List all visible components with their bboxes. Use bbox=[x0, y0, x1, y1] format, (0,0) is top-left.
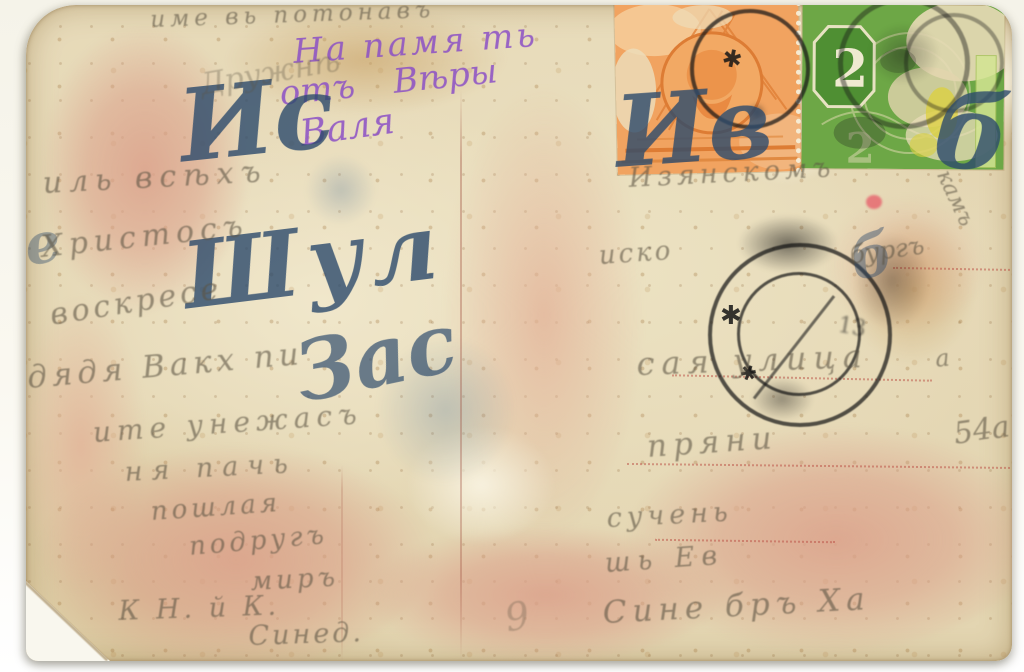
postmark-smudge bbox=[750, 377, 814, 421]
scanner-background: 2 2 ✱ ✱ ✱ 13 На пам bbox=[0, 0, 1024, 672]
postmark-smudge bbox=[738, 215, 838, 273]
handwriting-pencil-line: пряни bbox=[646, 423, 779, 463]
postmark-star-icon: ✱ bbox=[720, 301, 742, 331]
postcard: 2 2 ✱ ✱ ✱ 13 На пам bbox=[26, 5, 1012, 661]
handwriting-pencil-line: сая улица bbox=[636, 340, 869, 380]
handwriting-pencil-line: а bbox=[934, 346, 951, 371]
handwriting-pencil-line: Синед. bbox=[248, 619, 364, 650]
handwriting-pencil-line: шь Ев bbox=[604, 542, 725, 577]
red-speck bbox=[866, 195, 882, 209]
handwriting-pencil-line: иско bbox=[598, 238, 674, 269]
handwriting-pencil-line: 54а bbox=[952, 412, 1012, 450]
handwriting-pencil-line: сучень bbox=[606, 498, 733, 532]
postmark-smudge bbox=[868, 23, 940, 85]
